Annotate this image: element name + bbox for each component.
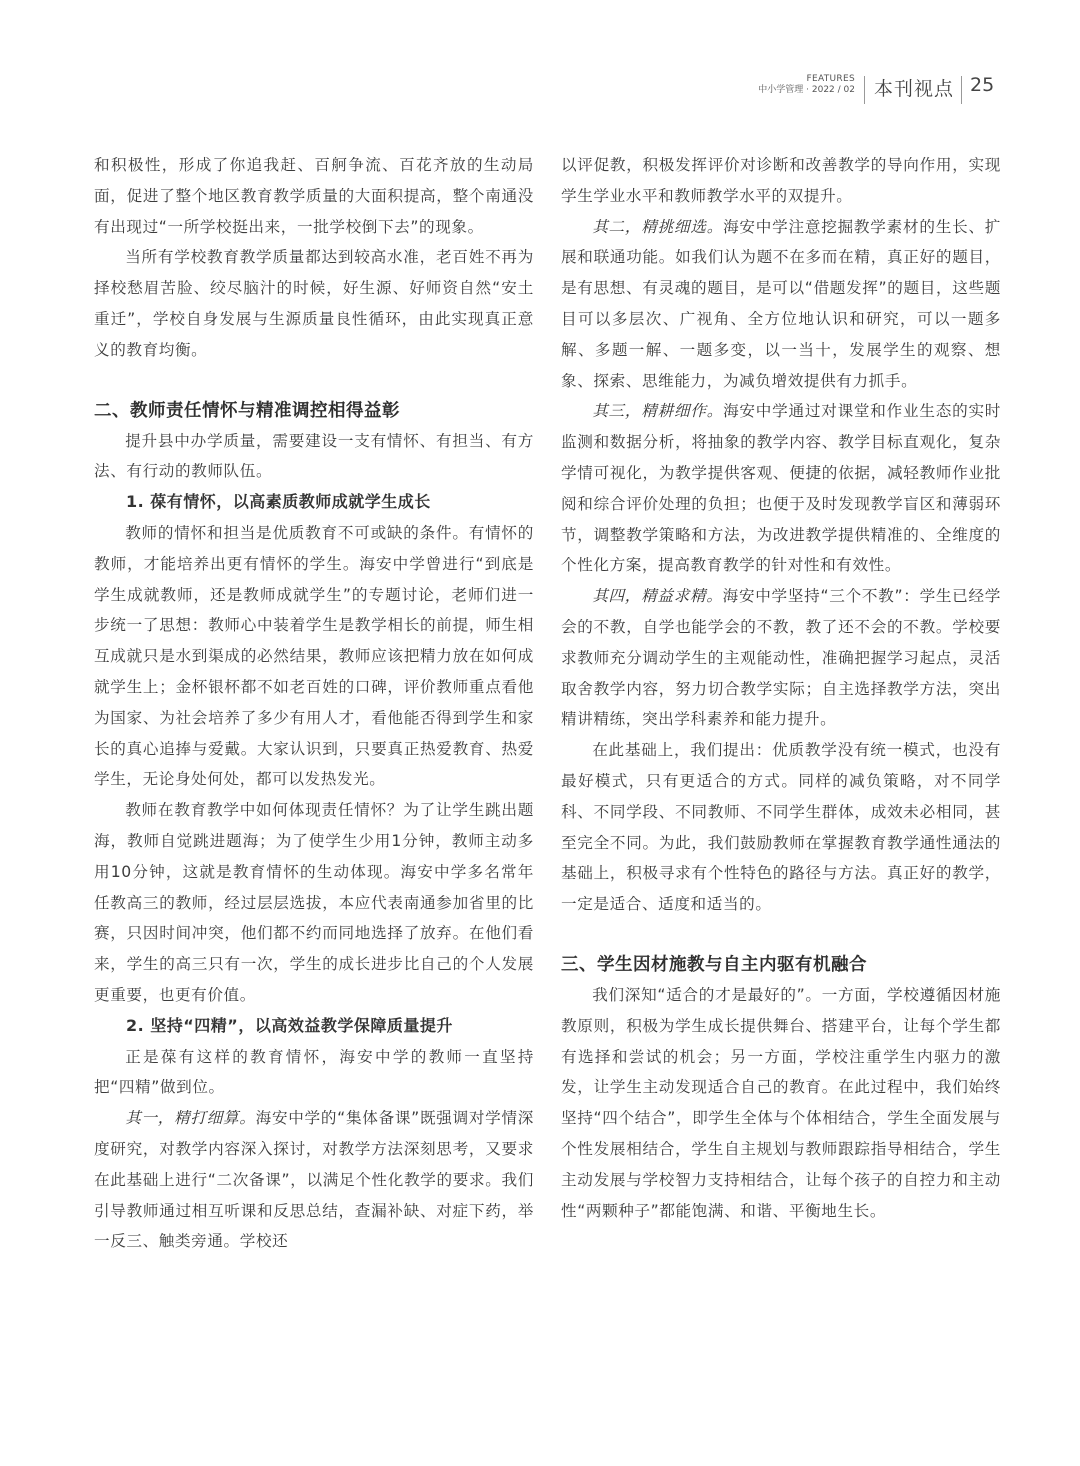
paragraph-body: 海安中学的“集体备课”既强调对学情深度研究，对教学内容深入探讨，对教学方法深刻思… bbox=[94, 1109, 534, 1250]
paragraph-lead: 其二，精挑细选。 bbox=[592, 218, 723, 236]
subsection-heading: 2. 坚持“四精”，以高效益教学保障质量提升 bbox=[94, 1011, 534, 1042]
paragraph: 教师的情怀和担当是优质教育不可或缺的条件。有情怀的教师，才能培养出更有情怀的学生… bbox=[94, 518, 534, 795]
features-label: FEATURES bbox=[758, 74, 855, 85]
paragraph-body: 海安中学坚持“三个不教”：学生已经学会的不教，自学也能学会的不教，教了还不会的不… bbox=[561, 587, 1001, 728]
page-number: 25 bbox=[970, 74, 994, 96]
journal-info: FEATURES 中小学管理 · 2022 / 02 bbox=[758, 74, 855, 96]
section-title: 本刊视点 bbox=[874, 74, 954, 101]
issue-label: 中小学管理 · 2022 / 02 bbox=[758, 85, 855, 96]
section-heading: 二、教师责任情怀与精准调控相得益彰 bbox=[94, 396, 534, 426]
subsection-heading: 1. 葆有情怀，以高素质教师成就学生成长 bbox=[94, 487, 534, 518]
paragraph: 当所有学校教育教学质量都达到较高水准，老百姓不再为择校愁眉苦脸、绞尽脑汁的时候，… bbox=[94, 242, 534, 365]
paragraph: 其二，精挑细选。海安中学注意挖掘教学素材的生长、扩展和联通功能。如我们认为题不在… bbox=[561, 212, 1001, 397]
header-divider bbox=[864, 76, 865, 104]
paragraph-lead: 其三，精耕细作。 bbox=[592, 402, 723, 420]
section-heading: 三、学生因材施教与自主内驱有机融合 bbox=[561, 950, 1001, 980]
right-column: 以评促教，积极发挥评价对诊断和改善教学的导向作用，实现学生学业水平和教师教学水平… bbox=[561, 150, 1001, 1226]
paragraph: 我们深知“适合的才是最好的”。一方面，学校遵循因材施教原则，积极为学生成长提供舞… bbox=[561, 980, 1001, 1226]
paragraph: 教师在教育教学中如何体现责任情怀？为了让学生跳出题海，教师自觉跳进题海；为了使学… bbox=[94, 795, 534, 1011]
paragraph: 在此基础上，我们提出：优质教学没有统一模式，也没有最好模式，只有更适合的方式。同… bbox=[561, 735, 1001, 920]
header-divider bbox=[961, 76, 962, 104]
paragraph-body: 海安中学注意挖掘教学素材的生长、扩展和联通功能。如我们认为题不在多而在精，真正好… bbox=[561, 218, 1001, 390]
paragraph: 和积极性，形成了你追我赶、百舸争流、百花齐放的生动局面，促进了整个地区教育教学质… bbox=[94, 150, 534, 242]
paragraph: 以评促教，积极发挥评价对诊断和改善教学的导向作用，实现学生学业水平和教师教学水平… bbox=[561, 150, 1001, 212]
paragraph: 其一，精打细算。海安中学的“集体备课”既强调对学情深度研究，对教学内容深入探讨，… bbox=[94, 1103, 534, 1257]
paragraph: 其四，精益求精。海安中学坚持“三个不教”：学生已经学会的不教，自学也能学会的不教… bbox=[561, 581, 1001, 735]
paragraph: 正是葆有这样的教育情怀，海安中学的教师一直坚持把“四精”做到位。 bbox=[94, 1042, 534, 1104]
paragraph: 其三，精耕细作。海安中学通过对课堂和作业生态的实时监测和数据分析，将抽象的教学内… bbox=[561, 396, 1001, 581]
page-header: FEATURES 中小学管理 · 2022 / 02 本刊视点 25 bbox=[740, 72, 1040, 106]
left-column: 和积极性，形成了你追我赶、百舸争流、百花齐放的生动局面，促进了整个地区教育教学质… bbox=[94, 150, 534, 1257]
paragraph-lead: 其四，精益求精。 bbox=[592, 587, 722, 605]
paragraph: 提升县中办学质量，需要建设一支有情怀、有担当、有方法、有行动的教师队伍。 bbox=[94, 426, 534, 488]
paragraph-body: 海安中学通过对课堂和作业生态的实时监测和数据分析，将抽象的教学内容、教学目标直观… bbox=[561, 402, 1001, 574]
paragraph-lead: 其一，精打细算。 bbox=[125, 1109, 255, 1127]
